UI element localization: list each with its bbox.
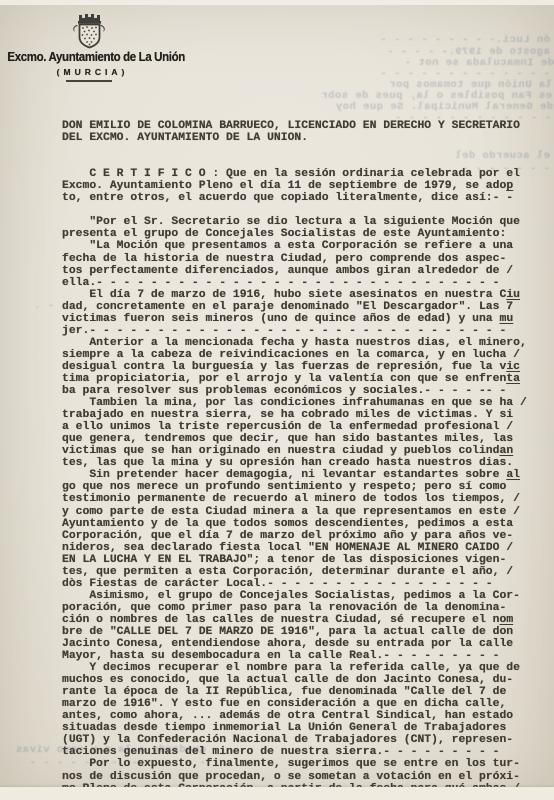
- text-line: testimonio permanente de recuerdo al min…: [62, 493, 542, 505]
- bleedthrough-line: de General Municipal. Se que hoy: [205, 101, 553, 113]
- text-line: "Por el Sr. Secretario se dio lectura a …: [62, 216, 542, 228]
- text-line: go que nos merece un profundo sentimient…: [62, 481, 542, 493]
- text-line: marzo de 1916". Y esto fue en considerac…: [62, 698, 542, 710]
- text-line: Anterior a la mencionada fecha y hasta n…: [62, 337, 542, 349]
- text-line: nideros, sea declarado fiesta local "EN …: [62, 542, 542, 554]
- text-line: dad, concretamente en el paraje denomina…: [62, 301, 542, 313]
- text-line: Por lo expuesto, finalmente, sugerimos q…: [62, 758, 542, 770]
- text-line: taciones genuinas del minero de nuestra …: [62, 746, 542, 758]
- text-line: trabajado en nuestra sierra, se ha cobra…: [62, 409, 542, 421]
- bleedthrough-line: es Fan posibles o la, pues de sobr: [198, 90, 552, 102]
- text-line: jer.- - - - - - - - - - - - - - - - - - …: [62, 325, 542, 337]
- text-line: Corporación, que el día 7 de marzo del p…: [62, 530, 542, 542]
- text-line: tes, las que la mina y su opresión han c…: [62, 457, 542, 469]
- text-line: [62, 204, 542, 216]
- text-line: Y decimos recuperar el nombre para la re…: [62, 662, 542, 674]
- bleedthrough-line: agosto de 1979.- - - - -: [196, 46, 550, 58]
- text-line: (UGT) y la Confederación Nacional de Tra…: [62, 734, 542, 746]
- text-line: siempre a la cabeza de reivindicaciones …: [62, 349, 542, 361]
- text-line: rante la época de la II República, fue d…: [62, 686, 542, 698]
- text-line: Asimismo, el grupo de Concejales Sociali…: [62, 590, 542, 602]
- letterhead-rule: [66, 80, 112, 82]
- text-line: El día 7 de marzo de 1916, hubo siete as…: [62, 289, 542, 301]
- text-line: muchos es conocido, que la actual calle …: [62, 674, 542, 686]
- text-line: Sin pretender hacer demagogia, ni levant…: [62, 469, 542, 481]
- text-line: nos de discusión que procedan, o se some…: [62, 771, 542, 783]
- text-line: dòs Fiestas de carácter Local.- - - - - …: [62, 578, 542, 590]
- text-line: desigual contra la burguesía y las fuerz…: [62, 361, 542, 373]
- text-line: tos perfectamente diferenciados, aunque …: [62, 265, 542, 277]
- text-line: poración, que como primer paso para la r…: [62, 602, 542, 614]
- org-name: Excmo. Ayuntamiento de La Unión: [7, 50, 177, 64]
- text-line: C E R T I F I C O : Que en la sesión ord…: [62, 168, 542, 180]
- text-line: presenta el grupo de Concejales Socialis…: [62, 228, 542, 240]
- text-line: victimas que se han originado en nuestra…: [62, 445, 542, 457]
- text-line: DON EMILIO DE COLOMINA BARRUECO, LICENCI…: [62, 120, 542, 132]
- document-lines: DON EMILIO DE COLOMINA BARRUECO, LICENCI…: [62, 120, 542, 795]
- text-line: ba para resolver sus problemas económico…: [62, 385, 542, 397]
- text-line: to, entre otros, el acuerdo que copiado …: [62, 192, 542, 204]
- text-line: tima propiciatoria, por el arrojo y la v…: [62, 373, 542, 385]
- text-line: Mayor, hasta su desembocadura en la call…: [62, 650, 542, 662]
- bleedthrough-line: ón Luci.- - - - - - - - -: [210, 34, 550, 46]
- page-bottom-edge: [0, 787, 554, 800]
- text-line: Excmo. Ayuntamiento Pleno el día 11 de s…: [62, 180, 542, 192]
- text-line: ción o nombres de las calles de nuestra …: [62, 614, 542, 626]
- text-line: ella.- - - - - - - - - - - - - - - - - -…: [62, 277, 542, 289]
- bleedthrough-line: de Inmaculada se not -: [204, 57, 554, 69]
- text-line: a ello unimos la triste repercusión de l…: [62, 421, 542, 433]
- coat-of-arms-icon: [69, 11, 109, 49]
- text-line: "La Moción que presentamos a esta Corpor…: [62, 240, 542, 252]
- text-line: Ayuntamiento y de la que todos somos des…: [62, 518, 542, 530]
- org-province: (MURCIA): [0, 67, 185, 77]
- text-line: y como parte de esta Ciudad minera a la …: [62, 506, 542, 518]
- page-top-edge: [0, 0, 554, 5]
- text-line: antes, como ahora, ... además de otra Ce…: [62, 710, 542, 722]
- text-line: victimas fueron seis mineros (uno de qui…: [62, 313, 542, 325]
- text-line: tes, que permiten a esta Corporación, de…: [62, 566, 542, 578]
- text-line: DEL EXCMO. AYUNTAMIENTO DE LA UNION.: [62, 132, 542, 144]
- text-line: que genera, tendremos que decir, que han…: [62, 433, 542, 445]
- document-page: ón Luci.- - - - - - - - -agosto de 1979.…: [0, 0, 554, 800]
- text-line: [62, 144, 542, 156]
- text-line: situadas desde tiempo inmemorial La Unió…: [62, 722, 542, 734]
- bleedthrough-line: - - - - - - - - - - - - -: [190, 68, 550, 80]
- text-line: EN LA LUCHA Y EN EL TRABAJO"; a tenor de…: [62, 554, 542, 566]
- text-line: Tambien la mina, por las condiciones inf…: [62, 397, 542, 409]
- text-line: fecha de la historia de nuestra Ciudad, …: [62, 253, 542, 265]
- text-line: bre de "CALLE DEL 7 DE MARZO DE 1916", p…: [62, 626, 542, 638]
- text-line: Jacinto Conesa, entendiendose ahora, des…: [62, 638, 542, 650]
- text-line: [62, 156, 542, 168]
- bleedthrough-line: - .: [0, 300, 54, 312]
- bleedthrough-line: la Unión que tomamos por: [212, 79, 552, 91]
